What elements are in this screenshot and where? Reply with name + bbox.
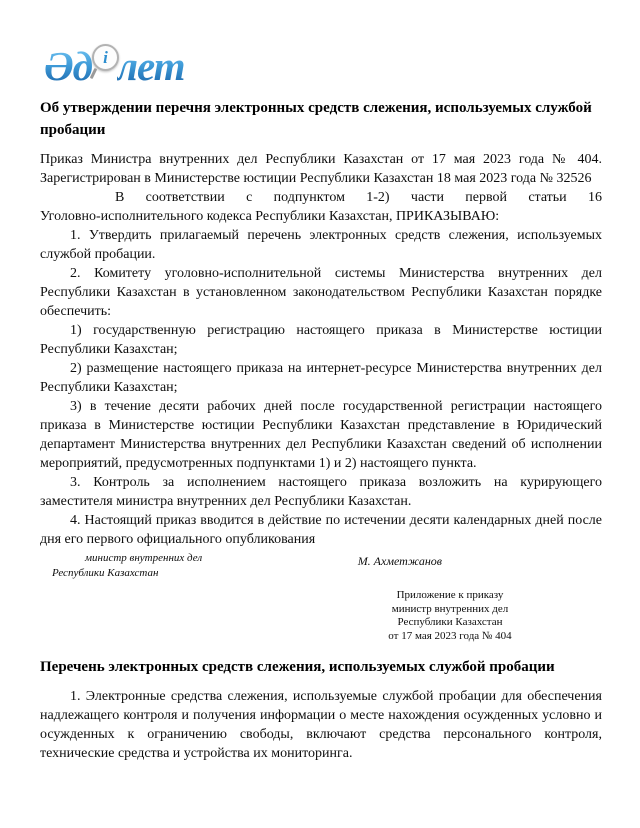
- appendix-line3: Республики Казахстан: [325, 616, 575, 630]
- signatory-position-line2: Республики Казахстан: [52, 566, 202, 581]
- paragraph-point-1: 1. Утвердить прилагаемый перечень электр…: [40, 226, 602, 264]
- logo-letter-i: і: [103, 49, 108, 66]
- signatory-position-line1: министр внутренних дел: [52, 551, 202, 566]
- document-meta: Приказ Министра внутренних дел Республик…: [40, 150, 602, 188]
- document-title: Об утверждении перечня электронных средс…: [40, 97, 602, 141]
- appendix-reference-block: Приложение к приказу министр внутренних …: [325, 589, 575, 643]
- appendix-line1: Приложение к приказу: [325, 589, 575, 603]
- paragraph-subpoint-1: 1) государственную регистрацию настоящег…: [40, 321, 602, 359]
- paragraph-preamble: В соответствии с подпунктом 1-2) части п…: [40, 188, 602, 226]
- signatory-name: М. Ахметжанов: [358, 551, 442, 581]
- paragraph-point-3: 3. Контроль за исполнением настоящего пр…: [40, 473, 602, 511]
- annex-paragraph-1: 1. Электронные средства слежения, исполь…: [40, 687, 602, 763]
- paragraph-point-2: 2. Комитету уголовно-исполнительной сист…: [40, 264, 602, 321]
- appendix-line2: министр внутренних дел: [325, 603, 575, 617]
- logo-text-part1: Әд: [44, 46, 92, 86]
- document-page: Әд і лет Об утверждении перечня электрон…: [0, 0, 640, 763]
- signature-block: министр внутренних дел Республики Казахс…: [40, 551, 602, 581]
- logo-text-part2: лет: [117, 46, 185, 86]
- appendix-line4: от 17 мая 2023 года № 404: [325, 630, 575, 644]
- paragraph-subpoint-2: 2) размещение настоящего приказа на инте…: [40, 359, 602, 397]
- adilet-logo: Әд і лет: [44, 38, 602, 86]
- annex-title: Перечень электронных средств слежения, и…: [40, 657, 602, 678]
- paragraph-subpoint-3: 3) в течение десяти рабочих дней после г…: [40, 397, 602, 473]
- magnifier-icon: і: [92, 44, 119, 71]
- paragraph-point-4: 4. Настоящий приказ вводится в действие …: [40, 511, 602, 549]
- signatory-position: министр внутренних дел Республики Казахс…: [52, 551, 202, 581]
